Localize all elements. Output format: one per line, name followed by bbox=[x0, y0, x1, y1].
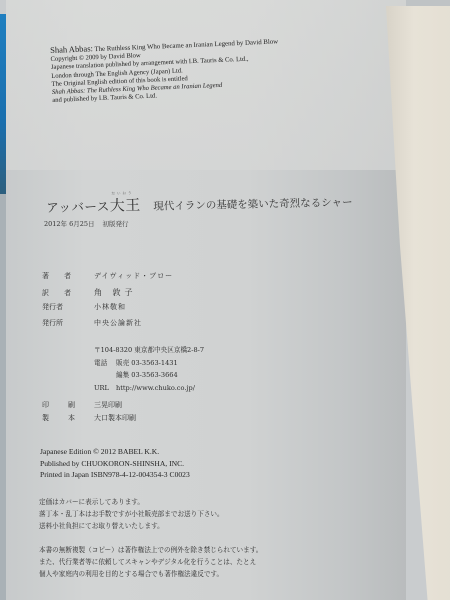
colophon-page: Shah Abbas: The Ruthless King Who Became… bbox=[6, 0, 406, 600]
book-title: アッバースだいおう大王 現代イランの基礎を築いた奇烈なるシャー bbox=[46, 190, 353, 217]
printing-credits: 印 刷三晃印刷 製 本大口製本印刷 bbox=[42, 399, 136, 424]
title-kanji-text: 大王 bbox=[110, 196, 141, 215]
credit-label: 訳 者 bbox=[42, 288, 94, 298]
binder-name: 大口製本印刷 bbox=[94, 414, 136, 422]
spacer bbox=[39, 532, 262, 544]
phone-sales-row: 電話販売 03-3563-1431 bbox=[94, 357, 204, 370]
credit-value: 小林敬和 bbox=[94, 302, 126, 312]
title-ruby: だいおう bbox=[111, 191, 133, 196]
publication-date: 2012年 6月25日 bbox=[44, 220, 95, 228]
copyright-notice: 個人や家庭内の利用を目的とする場合でも著作権法違反です。 bbox=[39, 568, 262, 580]
price-note: 定価はカバーに表示してあります。 bbox=[39, 496, 262, 508]
phone-sales: 販売 03-3563-1431 bbox=[116, 359, 178, 367]
credit-value: デイヴィッド・ブロー bbox=[94, 271, 173, 281]
copyright-notice: また、代行業者等に依頼してスキャンやデジタル化を行うことは、たとえ bbox=[39, 556, 262, 568]
defect-note: 落丁本・乱丁本はお手数ですが小社販売部までお送り下さい。 bbox=[39, 508, 262, 520]
printer-name: 三晃印刷 bbox=[94, 401, 122, 409]
edition-label: 初版発行 bbox=[103, 220, 129, 228]
legal-notes: 定価はカバーに表示してあります。 落丁本・乱丁本はお手数ですが小社販売部までお送… bbox=[39, 496, 262, 580]
copyright-block: Shah Abbas: The Ruthless King Who Became… bbox=[50, 36, 280, 105]
publisher-url: http://www.chuko.co.jp/ bbox=[116, 384, 195, 392]
credits-list: 著 者デイヴィッド・ブロー 訳 者角 敦子 発行者小林敬和 発行所中央公論新社 bbox=[42, 271, 173, 333]
phone-label: 電話 bbox=[94, 357, 116, 370]
credit-label: 発行者 bbox=[42, 302, 94, 312]
japanese-edition-copyright: Japanese Edition © 2012 BABEL K.K. bbox=[40, 446, 190, 458]
credit-publisher-person: 発行者小林敬和 bbox=[42, 302, 173, 318]
isbn-line: Printed in Japan ISBN978-4-12-004354-3 C… bbox=[40, 469, 190, 481]
printing-label: 印 刷 bbox=[42, 399, 94, 412]
copyright-notice: 本書の無断複製（コピー）は著作権法上での例外を除き禁じられています。 bbox=[39, 544, 262, 556]
url-row: URLhttp://www.chuko.co.jp/ bbox=[94, 382, 204, 395]
binder-row: 製 本大口製本印刷 bbox=[42, 412, 136, 425]
credit-label: 発行所 bbox=[42, 318, 94, 328]
credit-translator: 訳 者角 敦子 bbox=[42, 287, 173, 303]
title-kana: アッバース bbox=[46, 199, 110, 215]
english-edition-info: Japanese Edition © 2012 BABEL K.K. Publi… bbox=[40, 446, 190, 481]
book-subtitle: 現代イランの基礎を築いた奇烈なるシャー bbox=[153, 197, 353, 213]
publication-date-row: 2012年 6月25日初版発行 bbox=[44, 219, 129, 228]
printer-row: 印 刷三晃印刷 bbox=[42, 399, 136, 412]
published-by: Published by CHUOKORON-SHINSHA, INC. bbox=[40, 458, 190, 470]
title-kanji: だいおう大王 bbox=[110, 196, 141, 215]
credit-publisher-company: 発行所中央公論新社 bbox=[42, 318, 173, 334]
postal-address: 〒104-8320 東京都中央区京橋2-8-7 bbox=[94, 344, 204, 357]
credit-author: 著 者デイヴィッド・ブロー bbox=[42, 271, 173, 287]
title-main: アッバースだいおう大王 bbox=[46, 198, 145, 215]
original-title-lead: Shah Abbas: bbox=[50, 43, 93, 55]
credit-value: 角 敦子 bbox=[94, 287, 137, 298]
phone-editorial: 編集 03-3563-3664 bbox=[94, 369, 204, 382]
defect-note: 送料小社負担にてお取り替えいたします。 bbox=[39, 520, 262, 532]
binding-label: 製 本 bbox=[42, 412, 94, 425]
publisher-address: 〒104-8320 東京都中央区京橋2-8-7 電話販売 03-3563-143… bbox=[94, 344, 204, 394]
credit-value: 中央公論新社 bbox=[94, 318, 142, 328]
credit-label: 著 者 bbox=[42, 271, 94, 281]
url-label: URL bbox=[94, 382, 116, 395]
